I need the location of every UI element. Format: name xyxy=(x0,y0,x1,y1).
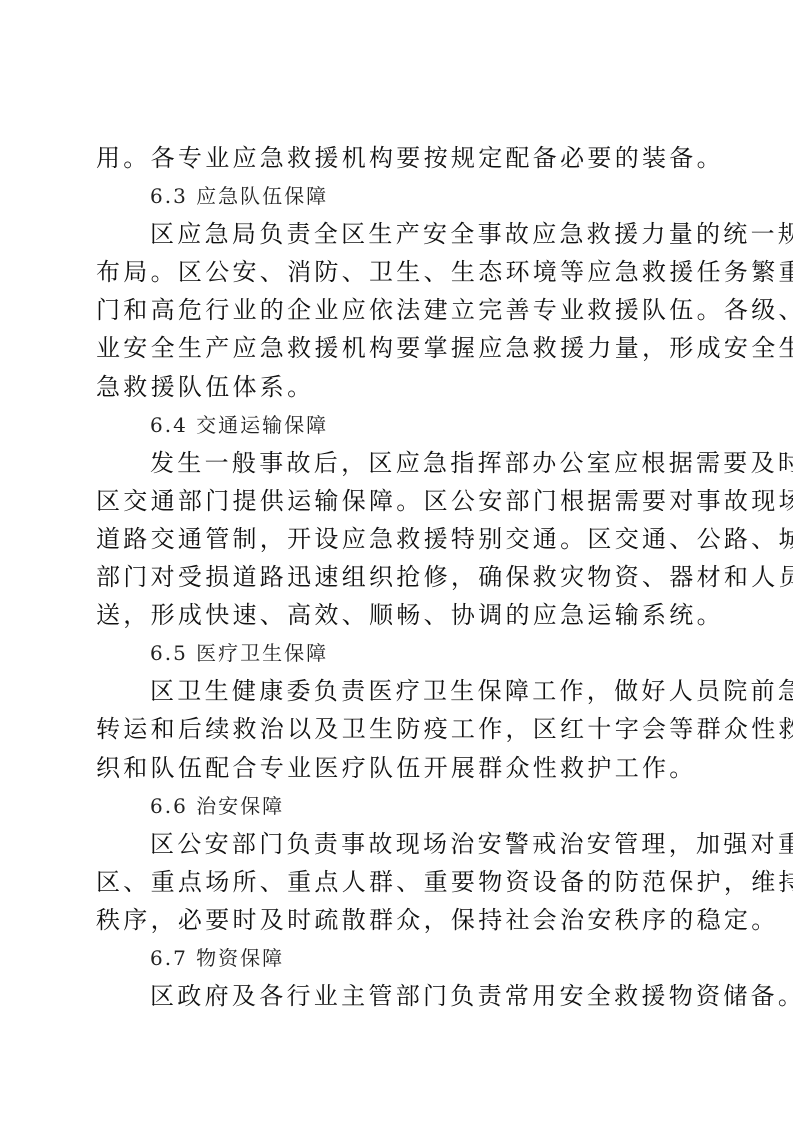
section-6-4: 6.4 交通运输保障 发生一般事故后，区应急指挥部办公室应根据需要及时协调 区交… xyxy=(96,406,706,635)
section-heading: 6.6 治安保障 xyxy=(96,787,706,825)
continuation-line: 用。各专业应急救援机构要按规定配备必要的装备。 xyxy=(96,139,706,177)
paragraph-line: 发生一般事故后，区应急指挥部办公室应根据需要及时协调 xyxy=(96,444,706,482)
paragraph-line: 区、重点场所、重点人群、重要物资设备的防范保护，维持现场 xyxy=(96,863,706,901)
paragraph-line: 道路交通管制，开设应急救援特别交通。区交通、公路、城管等 xyxy=(96,520,706,558)
paragraph-line: 区政府及各行业主管部门负责常用安全救援物资储备。各专 xyxy=(96,977,706,1015)
document-page: 用。各专业应急救援机构要按规定配备必要的装备。 6.3 应急队伍保障 区应急局负… xyxy=(96,139,706,1015)
paragraph-line: 区应急局负责全区生产安全事故应急救援力量的统一规划、 xyxy=(96,215,706,253)
section-heading: 6.3 应急队伍保障 xyxy=(96,177,706,215)
paragraph-line: 区交通部门提供运输保障。区公安部门根据需要对事故现场进行 xyxy=(96,482,706,520)
section-heading: 6.7 物资保障 xyxy=(96,939,706,977)
section-6-7: 6.7 物资保障 区政府及各行业主管部门负责常用安全救援物资储备。各专 xyxy=(96,939,706,1015)
paragraph-line: 秩序，必要时及时疏散群众，保持社会治安秩序的稳定。 xyxy=(96,901,706,939)
paragraph-line: 部门对受损道路迅速组织抢修，确保救灾物资、器材和人员的运 xyxy=(96,558,706,596)
paragraph-line: 门和高危行业的企业应依法建立完善专业救援队伍。各级、各行 xyxy=(96,291,706,329)
paragraph-line: 送，形成快速、高效、顺畅、协调的应急运输系统。 xyxy=(96,596,706,634)
paragraph-line: 转运和后续救治以及卫生防疫工作，区红十字会等群众性救援组 xyxy=(96,710,706,748)
paragraph-line: 布局。区公安、消防、卫生、生态环境等应急救援任务繁重的部 xyxy=(96,253,706,291)
section-6-6: 6.6 治安保障 区公安部门负责事故现场治安警戒治安管理，加强对重点地 区、重点… xyxy=(96,787,706,939)
section-heading: 6.5 医疗卫生保障 xyxy=(96,634,706,672)
section-6-5: 6.5 医疗卫生保障 区卫生健康委负责医疗卫生保障工作，做好人员院前急救、 转运… xyxy=(96,634,706,786)
section-6-3: 6.3 应急队伍保障 区应急局负责全区生产安全事故应急救援力量的统一规划、 布局… xyxy=(96,177,706,406)
paragraph-line: 区卫生健康委负责医疗卫生保障工作，做好人员院前急救、 xyxy=(96,672,706,710)
paragraph-line: 业安全生产应急救援机构要掌握应急救援力量，形成安全生产应 xyxy=(96,329,706,367)
paragraph-line: 织和队伍配合专业医疗队伍开展群众性救护工作。 xyxy=(96,749,706,787)
paragraph-line: 区公安部门负责事故现场治安警戒治安管理，加强对重点地 xyxy=(96,825,706,863)
paragraph-line: 急救援队伍体系。 xyxy=(96,368,706,406)
section-heading: 6.4 交通运输保障 xyxy=(96,406,706,444)
